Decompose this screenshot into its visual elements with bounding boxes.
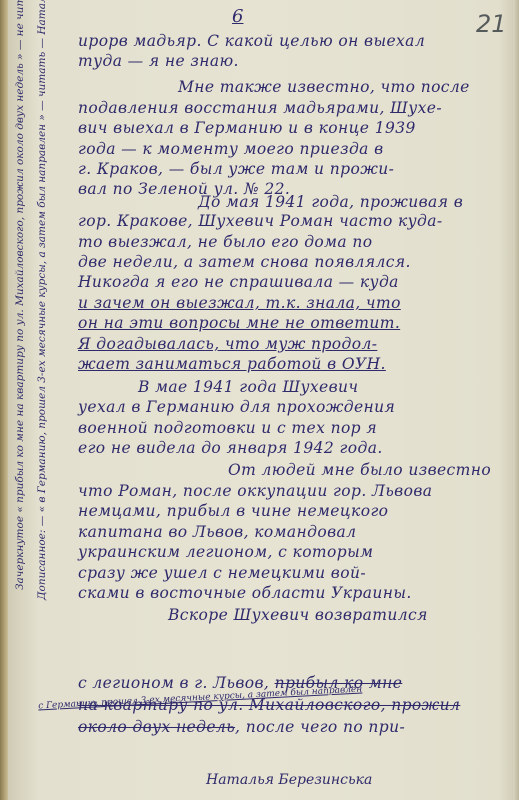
handwritten-line: военной подготовки и с тех пор я xyxy=(78,419,377,437)
line-text: , после чего по при- xyxy=(235,718,405,736)
handwritten-line: что Роман, после оккупации гор. Львова xyxy=(78,482,432,500)
handwritten-line: он на эти вопросы мне не ответит. xyxy=(78,314,400,332)
page-edge xyxy=(513,0,519,800)
folio-number: 21 xyxy=(476,10,507,38)
handwritten-line: его не видела до января 1942 года. xyxy=(78,439,383,457)
handwritten-line: капитана во Львов, командовал xyxy=(78,523,356,541)
margin-note-struck: Зачеркнутое « прибыл ко мне на квартиру … xyxy=(14,0,26,590)
handwritten-line: сками в восточные области Украины. xyxy=(78,584,412,602)
handwritten-line: немцами, прибыл в чине немецкого xyxy=(78,502,388,520)
handwritten-line: около двух недель, после чего по при- xyxy=(78,718,405,736)
handwritten-line: две недели, а затем снова появлялся. xyxy=(78,253,411,271)
struck-text: около двух недель xyxy=(78,718,235,736)
handwritten-line: сразу же ушел с немецкими вой- xyxy=(78,564,366,582)
book-binding xyxy=(0,0,8,800)
margin-note-added: Дописанное: — « в Германию, прошел 3-ех … xyxy=(36,0,48,600)
page-number: 6 xyxy=(232,6,243,27)
handwritten-line: жает заниматься работой в ОУН. xyxy=(78,355,386,373)
handwritten-line: вич выехал в Германию и в конце 1939 xyxy=(78,119,416,137)
handwritten-line: туда — я не знаю. xyxy=(78,52,239,70)
handwritten-line: Я догадывалась, что муж продол- xyxy=(78,335,377,353)
handwritten-line: Никогда я его не спрашивала — куда xyxy=(78,273,399,291)
handwritten-line: то выезжал, не было его дома по xyxy=(78,233,373,251)
handwritten-line: уехал в Германию для прохождения xyxy=(78,398,395,416)
handwritten-line: Вскоре Шухевич возвратился xyxy=(168,606,428,624)
handwritten-line: года — к моменту моего приезда в xyxy=(78,140,384,158)
handwritten-line: гор. Кракове, Шухевич Роман часто куда- xyxy=(78,212,443,230)
line-text: с легионом в г. Львов, xyxy=(78,674,269,692)
handwritten-line: подавления восстания мадьярами, Шухе- xyxy=(78,99,442,117)
handwritten-line: ирорв мадьяр. С какой целью он выехал xyxy=(78,32,425,50)
handwritten-line: От людей мне было известно xyxy=(228,461,491,479)
handwritten-line: и зачем он выезжал, т.к. знала, что xyxy=(78,294,401,312)
handwritten-line: украинским легионом, с которым xyxy=(78,543,373,561)
handwritten-line: Мне также известно, что после xyxy=(178,78,470,96)
handwritten-line: г. Краков, — был уже там и прожи- xyxy=(78,160,394,178)
handwritten-line: В мае 1941 года Шухевич xyxy=(138,378,358,396)
handwritten-line: До мая 1941 года, проживая в xyxy=(198,193,463,211)
signature: Наталья Березинська xyxy=(206,772,372,788)
